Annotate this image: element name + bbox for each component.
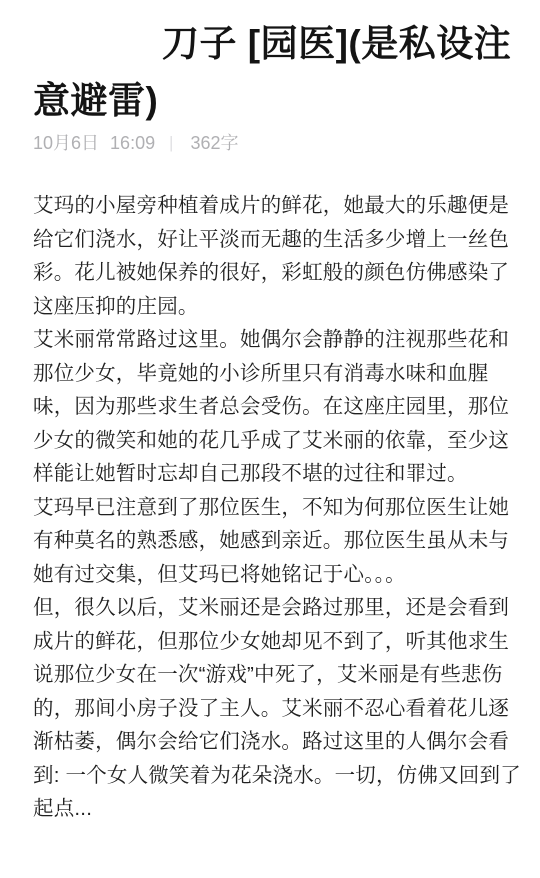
body-line: 样能让她暂时忘却自己那段不堪的过往和罪过。 [33, 457, 515, 491]
meta-separator: | [170, 132, 173, 154]
body-line: 艾米丽常常路过这里。她偶尔会静静的注视那些花和 [33, 323, 515, 357]
body-line: 那位少女，毕竟她的小诊所里只有消毒水味和血腥 [33, 357, 515, 391]
body-line: 艾玛早已注意到了那位医生，不知为何那位医生让她 [33, 491, 515, 525]
paragraph: 艾米丽常常路过这里。她偶尔会静静的注视那些花和那位少女，毕竟她的小诊所里只有消毒… [33, 323, 515, 491]
body-line: 她有过交集，但艾玛已将她铭记于心。。。 [33, 558, 515, 592]
paragraph: 但，很久以后，艾米丽还是会路过那里，还是会看到成片的鲜花，但那位少女她却见不到了… [33, 591, 515, 826]
note-word-count: 362字 [191, 132, 239, 154]
paragraph: 艾玛的小屋旁种植着成片的鲜花，她最大的乐趣便是给它们浇水，好让平淡而无趣的生活多… [33, 189, 515, 323]
body-line: 的，那间小房子没了主人。艾米丽不忍心看着花儿逐 [33, 692, 515, 726]
body-line: 彩。花儿被她保养的很好，彩虹般的颜色仿佛感染了 [33, 256, 515, 290]
note-body: 艾玛的小屋旁种植着成片的鲜花，她最大的乐趣便是给它们浇水，好让平淡而无趣的生活多… [33, 189, 515, 826]
body-line: 说那位少女在一次“游戏”中死了，艾米丽是有些悲伤 [33, 658, 515, 692]
note-meta: 10月6日 16:09 | 362字 [33, 132, 515, 154]
body-line: 给它们浇水，好让平淡而无趣的生活多少增上一丝色 [33, 223, 515, 257]
body-line: 渐枯萎，偶尔会给它们浇水。路过这里的人偶尔会看 [33, 725, 515, 759]
paragraph: 艾玛早已注意到了那位医生，不知为何那位医生让她有种莫名的熟悉感，她感到亲近。那位… [33, 491, 515, 592]
note-date: 10月6日 [33, 132, 99, 154]
body-line: 到: 一个女人微笑着为花朵浇水。一切，仿佛又回到了 [33, 759, 515, 793]
note-title-line-1: 刀子 [园医](是私设注 [33, 15, 515, 72]
note-time: 16:09 [110, 132, 155, 154]
body-line: 这座压抑的庄园。 [33, 290, 515, 324]
body-line: 味，因为那些求生者总会受伤。在这座庄园里，那位 [33, 390, 515, 424]
note-scroll-area[interactable]: 刀子 [园医](是私设注 意避雷) 10月6日 16:09 | 362字 艾玛的… [0, 0, 540, 878]
body-line: 但，很久以后，艾米丽还是会路过那里，还是会看到 [33, 591, 515, 625]
note-title-line-2: 意避雷) [33, 72, 515, 129]
note-page: { "article": { "title": { "text": "刀子 [园… [0, 0, 540, 878]
body-line: 成片的鲜花，但那位少女她却见不到了，听其他求生 [33, 625, 515, 659]
body-line: 艾玛的小屋旁种植着成片的鲜花，她最大的乐趣便是 [33, 189, 515, 223]
body-line: 少女的微笑和她的花几乎成了艾米丽的依靠，至少这 [33, 424, 515, 458]
body-line: 起点... [33, 792, 515, 826]
body-line: 有种莫名的熟悉感，她感到亲近。那位医生虽从未与 [33, 524, 515, 558]
note-title: 刀子 [园医](是私设注 意避雷) [33, 15, 515, 129]
